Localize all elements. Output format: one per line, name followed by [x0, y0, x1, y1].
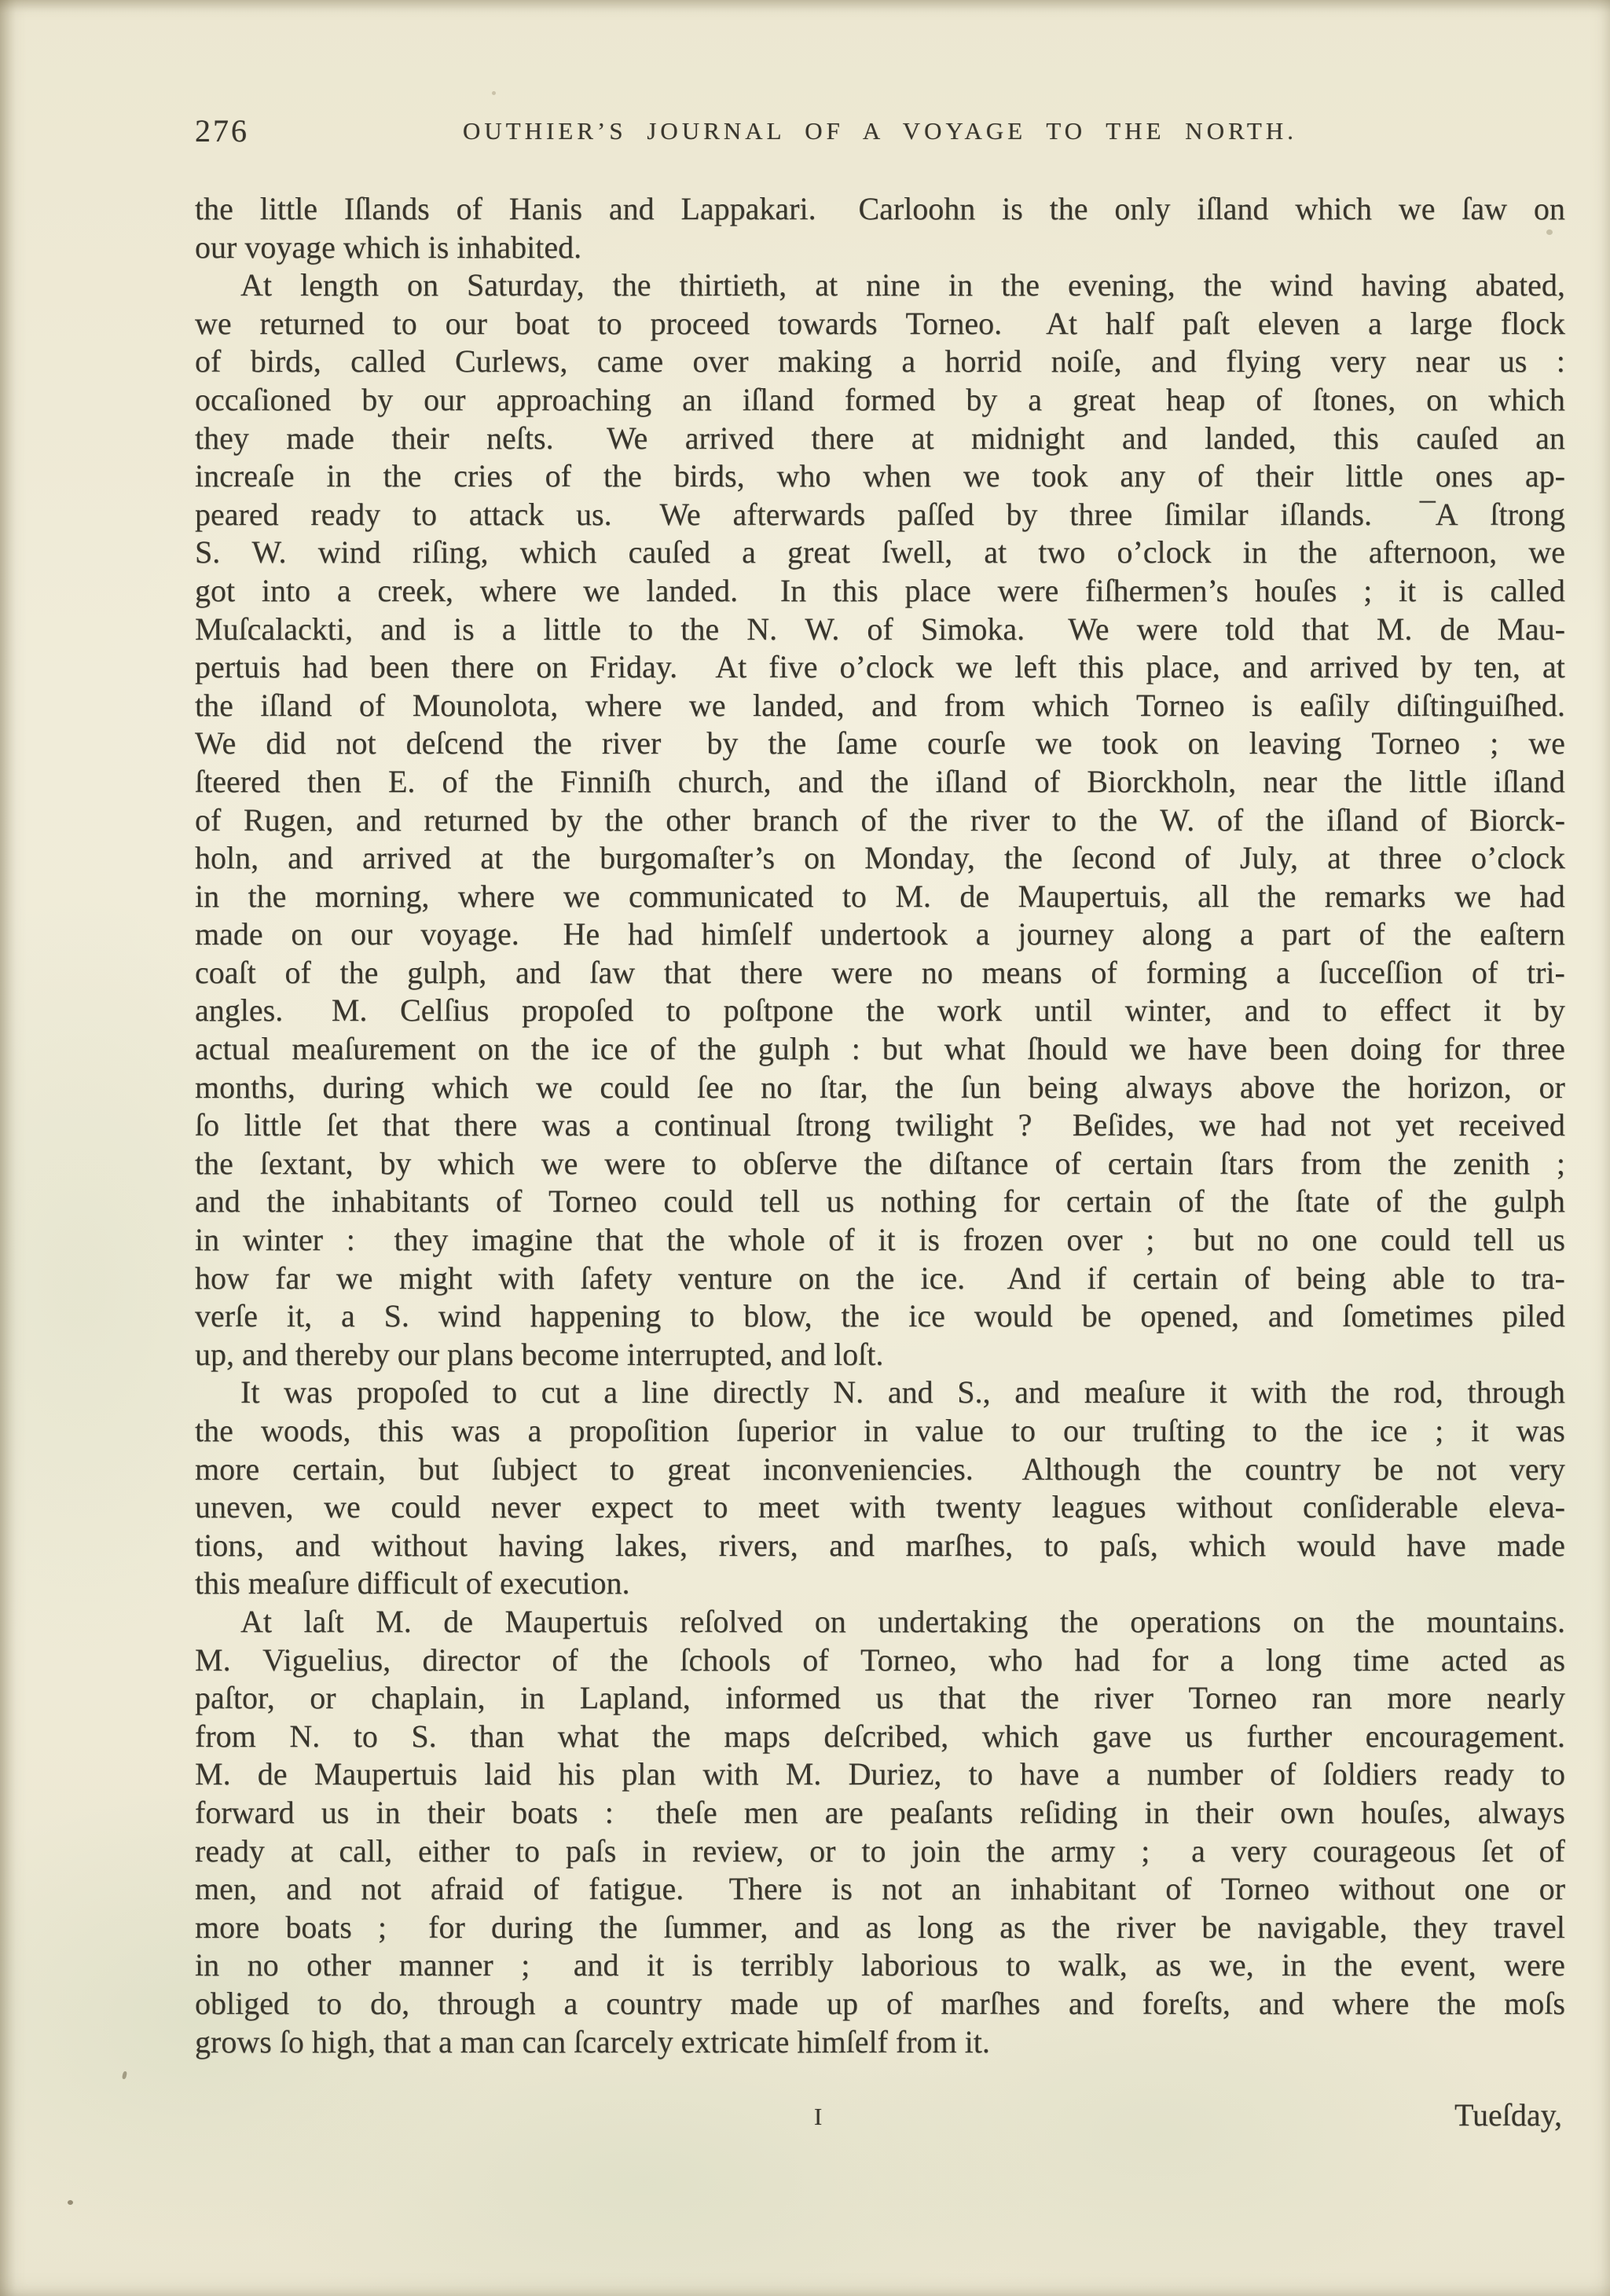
text-line: thelittleIſlandsofHanisandLappakari. Car…	[195, 190, 1565, 229]
text-line: holn,andarrivedattheburgomaſter’sonMonda…	[195, 839, 1565, 878]
text-line: obligedtodo,throughacountrymadeupofmarſh…	[195, 1985, 1565, 2023]
text-line: andtheinhabitantsofTorneocouldtellusnoth…	[195, 1183, 1565, 1221]
text-line: theſextant,bywhichweweretoobſervethediſt…	[195, 1145, 1565, 1183]
running-title: OUTHIER’S JOURNAL OF A VOYAGE TO THE NOR…	[195, 113, 1565, 149]
text-line: gotintoacreek,wherewelanded. Inthisplace…	[195, 572, 1565, 611]
paper-speck	[492, 91, 496, 95]
paper-speck	[68, 2200, 73, 2205]
text-line: theiſlandofMounolota,wherewelanded,andfr…	[195, 687, 1565, 725]
text-line: increaſeinthecriesofthebirds,whowhenweto…	[195, 457, 1565, 496]
text-line: this meaſure difficult of execution.	[195, 1564, 1565, 1603]
text-line: M.Viguelius,directoroftheſchoolsofTorneo…	[195, 1641, 1565, 1680]
text-line: men,andnotafraidoffatigue. Thereisnotani…	[195, 1870, 1565, 1909]
text-line: paſtor,orchaplain,inLapland,informedusth…	[195, 1679, 1565, 1718]
text-line: occaſionedbyourapproachinganiſlandformed…	[195, 381, 1565, 420]
page-number: 276	[195, 113, 249, 149]
text-line: pearedreadytoattackus. Weafterwardspaſſe…	[195, 496, 1565, 534]
text-line: ſteeredthenE.oftheFinniſhchurch,andtheiſ…	[195, 763, 1565, 801]
text-line: forwardusintheirboats: theſemenarepeaſan…	[195, 1794, 1565, 1832]
text-line: months,duringwhichwecouldſeenoſtar,theſu…	[195, 1069, 1565, 1107]
text-line: ofRugen,andreturnedbytheotherbranchofthe…	[195, 801, 1565, 840]
text-line: our voyage which is inhabited.	[195, 229, 1565, 267]
text-line: ofbirds,calledCurlews,cameovermakingahor…	[195, 343, 1565, 381]
text-line: actualmeaſurementontheiceofthegulph:butw…	[195, 1030, 1565, 1069]
text-line: thewoods,thiswasapropoſitionſuperiorinva…	[195, 1412, 1565, 1451]
text-line: howfarwemightwithſafetyventureontheice. …	[195, 1260, 1565, 1298]
text-line: M.deMaupertuislaidhisplanwithM.Duriez,to…	[195, 1755, 1565, 1794]
text-line: wereturnedtoourboattoproceedtowardsTorne…	[195, 305, 1565, 343]
text-line: moreboats; forduringtheſummer,andaslonga…	[195, 1909, 1565, 1947]
text-line: S.W.windriſing,whichcauſedagreatſwell,at…	[195, 534, 1565, 572]
text-line: tions,andwithouthavinglakes,rivers,andma…	[195, 1527, 1565, 1565]
text-line: verſeit,aS.windhappeningtoblow,theicewou…	[195, 1297, 1565, 1336]
book-page-scan: 276 OUTHIER’S JOURNAL OF A VOYAGE TO THE…	[0, 0, 1610, 2296]
signature-mark: I	[814, 2096, 823, 2137]
text-line: theymadetheirneſts. Wearrivedthereatmidn…	[195, 420, 1565, 458]
text-line: angles. M.Celſiuspropoſedtopoſtponethewo…	[195, 992, 1565, 1030]
text-line: inthemorning,wherewecommunicatedtoM.deMa…	[195, 878, 1565, 916]
text-line: ſolittleſetthattherewasacontinualſtrongt…	[195, 1106, 1565, 1145]
text-line: fromN.toS.thanwhatthemapsdeſcribed,which…	[195, 1718, 1565, 1756]
text-line: innoothermanner; anditisterriblylaboriou…	[195, 1946, 1565, 1985]
paper-speck	[122, 2071, 127, 2080]
text-line: ItwaspropoſedtocutalinedirectlyN.andS.,a…	[195, 1374, 1565, 1412]
running-head: 276 OUTHIER’S JOURNAL OF A VOYAGE TO THE…	[195, 113, 1565, 149]
text-line: pertuishadbeenthereonFriday. Atfiveo’clo…	[195, 648, 1565, 687]
text-line: inwinter: theyimaginethatthewholeofitisf…	[195, 1221, 1565, 1260]
text-line: AtlaſtM.deMaupertuisreſolvedonundertakin…	[195, 1603, 1565, 1641]
text-line: Muſcalackti,andisalittletotheN.W.ofSimok…	[195, 611, 1565, 649]
text-line: AtlengthonSaturday,thethirtieth,atninein…	[195, 266, 1565, 305]
catchword: Tueſday,	[1454, 2095, 1562, 2136]
text-line: morecertain,butſubjecttogreatinconvenien…	[195, 1451, 1565, 1489]
text-line: up, and thereby our plans become interru…	[195, 1336, 1565, 1374]
text-line: Wedidnotdeſcendtheriver bytheſamecourſew…	[195, 724, 1565, 763]
body-text: thelittleIſlandsofHanisandLappakari. Car…	[195, 190, 1565, 2061]
text-line: madeonourvoyage. Hehadhimſelfundertookaj…	[195, 915, 1565, 954]
text-line: coaſtofthegulph,andſawthattherewerenomea…	[195, 954, 1565, 992]
footer-line: I Tueſday,	[195, 2095, 1565, 2136]
text-line: readyatcall,eithertopaſsinreview,ortojoi…	[195, 1832, 1565, 1871]
text-line: grows ſo high, that a man can ſcarcely e…	[195, 2023, 1565, 2062]
text-line: uneven,wecouldneverexpecttomeetwithtwent…	[195, 1488, 1565, 1527]
